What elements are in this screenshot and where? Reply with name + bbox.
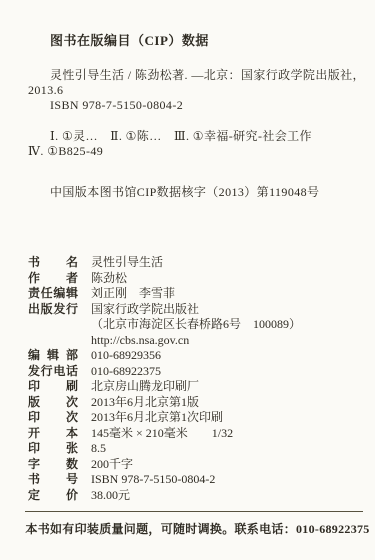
field-label: 书名 [28,255,78,271]
cip-record-line-1: 灵性引导生活 / 陈劲松著. —北京：国家行政学院出版社， [28,68,359,83]
publication-info-table: 书名 灵性引导生活 作者 陈劲松 责任编辑 刘正刚 李雪菲 出版发行 国家行政学… [28,255,359,503]
cip-record-line-2: 2013.6 [28,83,359,98]
field-label: 印张 [28,441,78,457]
field-label: 印刷 [28,379,78,395]
field-value: 陈劲松 [91,271,359,287]
table-row-edition: 版次 2013年6月北京第1版 [28,395,359,411]
field-label: 开本 [28,426,78,442]
quality-notice: 本书如有印装质量问题，可随时调换。联系电话：010-68922375 [20,520,375,537]
field-value: 8.5 [91,441,359,457]
table-row-isbn: 书号 ISBN 978-7-5150-0804-2 [28,472,359,488]
field-value: 010-68929356 [91,348,359,364]
field-value: 国家行政学院出版社 [91,302,359,318]
field-value: 2013年6月北京第1版 [91,395,359,411]
cip-registry-block: 中国版本图书馆CIP数据核字（2013）第119048号 [28,185,359,200]
classification-line-2: Ⅳ. ①B825-49 [28,144,359,159]
table-row-publisher-address: （北京市海淀区长春桥路6号 100089） [28,317,359,333]
cip-registry-line: 中国版本图书馆CIP数据核字（2013）第119048号 [28,185,359,200]
table-row-editor: 责任编辑 刘正刚 李雪菲 [28,286,359,302]
field-value: 灵性引导生活 [91,255,359,271]
isbn-line: ISBN 978-7-5150-0804-2 [28,98,359,113]
table-row-publisher: 出版发行 国家行政学院出版社 [28,302,359,318]
field-label: 作者 [28,271,78,287]
table-row-author: 作者 陈劲松 [28,271,359,287]
copyright-page: 图书在版编目（CIP）数据 灵性引导生活 / 陈劲松著. —北京：国家行政学院出… [0,0,375,560]
cip-record-block: 灵性引导生活 / 陈劲松著. —北京：国家行政学院出版社， 2013.6 ISB… [28,68,359,113]
field-value: ISBN 978-7-5150-0804-2 [91,472,359,488]
cip-classification-block: Ⅰ. ①灵… Ⅱ. ①陈… Ⅲ. ①幸福-研究-社会工作 Ⅳ. ①B825-49 [28,129,359,159]
field-value: 145毫米 × 210毫米 1/32 [91,426,359,442]
field-value: http://cbs.nsa.gov.cn [91,333,359,349]
table-row-book-title: 书名 灵性引导生活 [28,255,359,271]
table-row-editorial-dept-phone: 编辑部 010-68929356 [28,348,359,364]
divider-line [25,511,363,512]
field-value: （北京市海淀区长春桥路6号 100089） [91,317,359,333]
table-row-printer: 印刷 北京房山腾龙印刷厂 [28,379,359,395]
classification-line-1: Ⅰ. ①灵… Ⅱ. ①陈… Ⅲ. ①幸福-研究-社会工作 [28,129,359,144]
table-row-sheets: 印张 8.5 [28,441,359,457]
field-value: 2013年6月北京第1次印刷 [91,410,359,426]
table-row-price: 定价 38.00元 [28,488,359,504]
field-label [28,333,78,349]
field-value: 北京房山腾龙印刷厂 [91,379,359,395]
field-value: 010-68922375 [91,364,359,380]
table-row-publisher-website: http://cbs.nsa.gov.cn [28,333,359,349]
table-row-word-count: 字数 200千字 [28,457,359,473]
field-value: 刘正刚 李雪菲 [91,286,359,302]
field-value: 200千字 [91,457,359,473]
cip-data-section: 图书在版编目（CIP）数据 灵性引导生活 / 陈劲松著. —北京：国家行政学院出… [28,33,359,200]
field-value: 38.00元 [91,488,359,504]
field-label: 发行电话 [28,364,78,380]
field-label: 责任编辑 [28,286,78,302]
table-row-format: 开本 145毫米 × 210毫米 1/32 [28,426,359,442]
table-row-distribution-phone: 发行电话 010-68922375 [28,364,359,380]
field-label: 定价 [28,488,78,504]
field-label: 编辑部 [28,348,78,364]
field-label: 书号 [28,472,78,488]
cip-title: 图书在版编目（CIP）数据 [28,33,359,48]
table-row-impression: 印次 2013年6月北京第1次印刷 [28,410,359,426]
field-label: 印次 [28,410,78,426]
field-label: 字数 [28,457,78,473]
field-label: 出版发行 [28,302,78,318]
field-label: 版次 [28,395,78,411]
field-label [28,317,78,333]
